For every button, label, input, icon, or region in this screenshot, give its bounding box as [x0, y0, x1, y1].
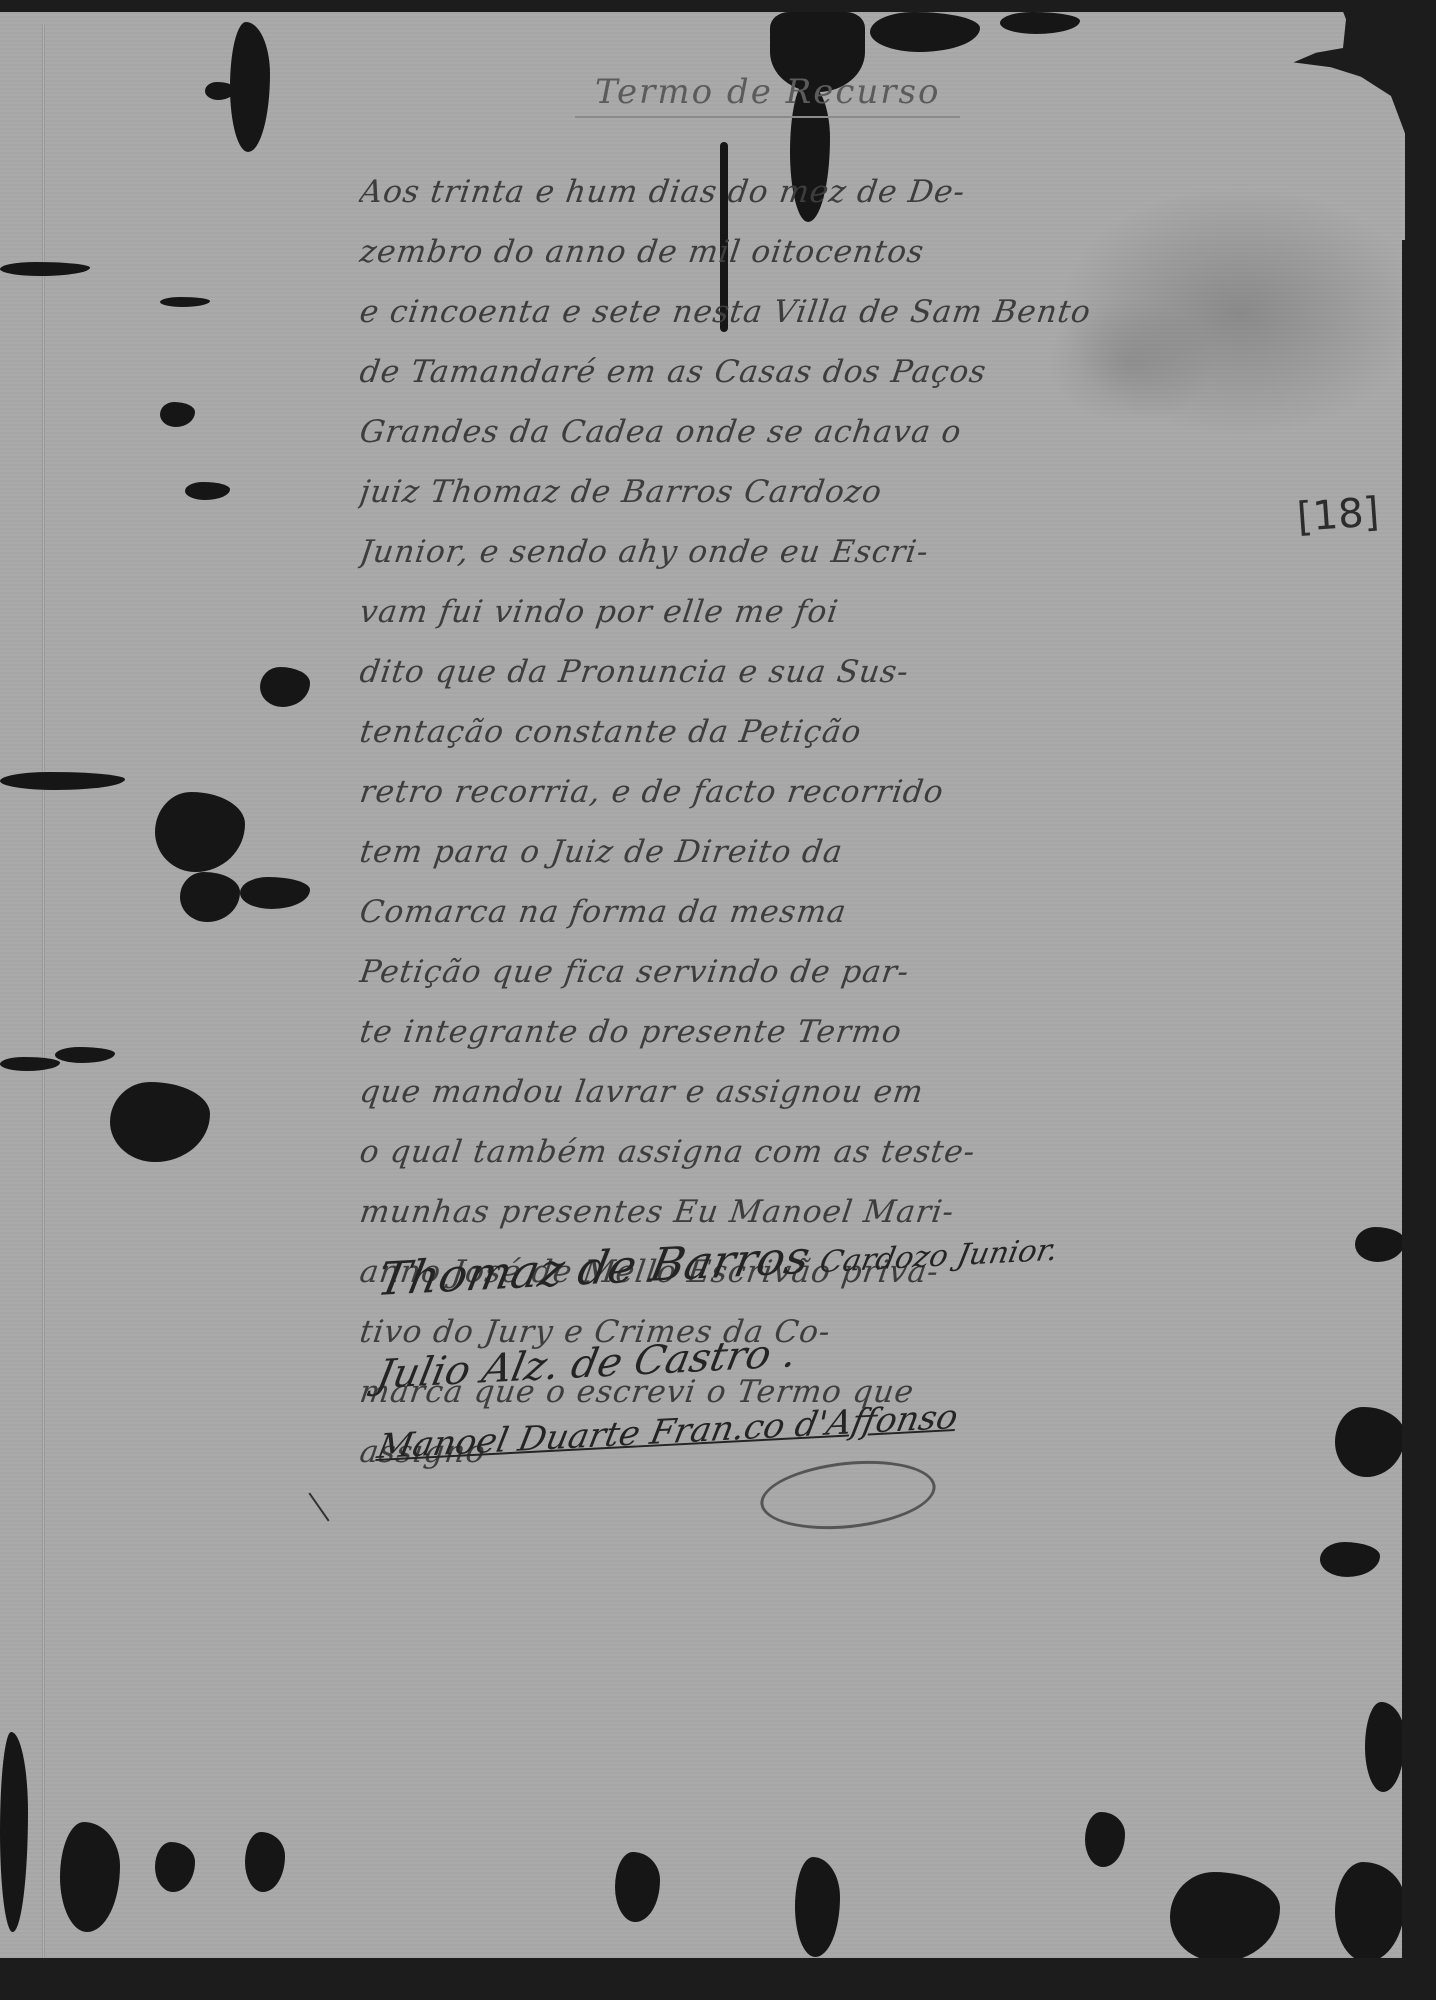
ink-damage — [0, 1057, 60, 1071]
ink-damage — [870, 12, 980, 52]
text-line: dito que da Pronuncia e sua Sus- — [356, 642, 1184, 702]
stray-ink-mark — [308, 1493, 329, 1522]
text-line: vam fui vindo por elle me foi — [356, 582, 1184, 642]
signature-suffix: Cardozo Junior. — [817, 1233, 1061, 1280]
ink-damage — [155, 1842, 195, 1892]
ink-damage — [1335, 1862, 1405, 1962]
text-line: Comarca na forma da mesma — [356, 882, 1184, 942]
ink-damage — [185, 482, 230, 500]
text-line: Petição que fica servindo de par- — [356, 942, 1184, 1002]
text-line: te integrante do presente Termo — [356, 1002, 1184, 1062]
ink-damage — [795, 1857, 840, 1957]
ink-damage — [1335, 1407, 1405, 1477]
ink-damage — [155, 792, 245, 872]
document-title: Termo de Recurso — [575, 72, 960, 118]
ink-damage — [260, 667, 310, 707]
text-line: e cincoenta e sete nesta Villa de Sam Be… — [356, 282, 1184, 342]
ink-damage — [615, 1852, 660, 1922]
text-line: tem para o Juiz de Direito da — [356, 822, 1184, 882]
page-edge-right — [1402, 240, 1436, 2000]
signature-block: Thomaz de BarrosCardozo Junior. Julio Al… — [375, 1252, 1175, 1497]
text-line: juiz Thomaz de Barros Cardozo — [356, 462, 1184, 522]
ink-damage — [1320, 1542, 1380, 1577]
ink-damage — [55, 1047, 115, 1063]
ink-damage — [0, 1732, 28, 1932]
ink-damage — [1365, 1702, 1405, 1792]
fold-line — [42, 24, 45, 1972]
ink-damage — [1170, 1872, 1280, 1962]
text-line: Grandes da Cadea onde se achava o — [356, 402, 1184, 462]
text-line: zembro do anno de mil oitocentos — [356, 222, 1184, 282]
text-line: tentação constante da Petição — [356, 702, 1184, 762]
ink-damage — [160, 297, 210, 307]
text-line: o qual também assigna com as teste- — [356, 1122, 1184, 1182]
text-line: Aos trinta e hum dias do mez de De- — [356, 162, 1184, 222]
ink-damage — [1355, 1227, 1405, 1262]
ink-damage — [1000, 12, 1080, 34]
ink-damage — [60, 1822, 120, 1932]
text-line: retro recorria, e de facto recorrido — [356, 762, 1184, 822]
ink-damage — [110, 1082, 210, 1162]
ink-damage — [0, 772, 125, 790]
page-edge-bottom — [0, 1958, 1436, 2000]
manuscript-page: Termo de Recurso Aos trinta e hum dias d… — [0, 12, 1405, 1960]
ink-damage — [1085, 1812, 1125, 1867]
ink-damage — [230, 22, 270, 152]
ink-damage — [245, 1832, 285, 1892]
text-line: de Tamandaré em as Casas dos Paços — [356, 342, 1184, 402]
text-line: Junior, e sendo ahy onde eu Escri- — [356, 522, 1184, 582]
text-line: que mandou lavrar e assignou em — [356, 1062, 1184, 1122]
ink-damage — [180, 872, 240, 922]
ink-damage — [160, 402, 195, 427]
ink-damage — [240, 877, 310, 909]
page-number: [18] — [1295, 489, 1380, 541]
ink-damage — [0, 262, 90, 276]
